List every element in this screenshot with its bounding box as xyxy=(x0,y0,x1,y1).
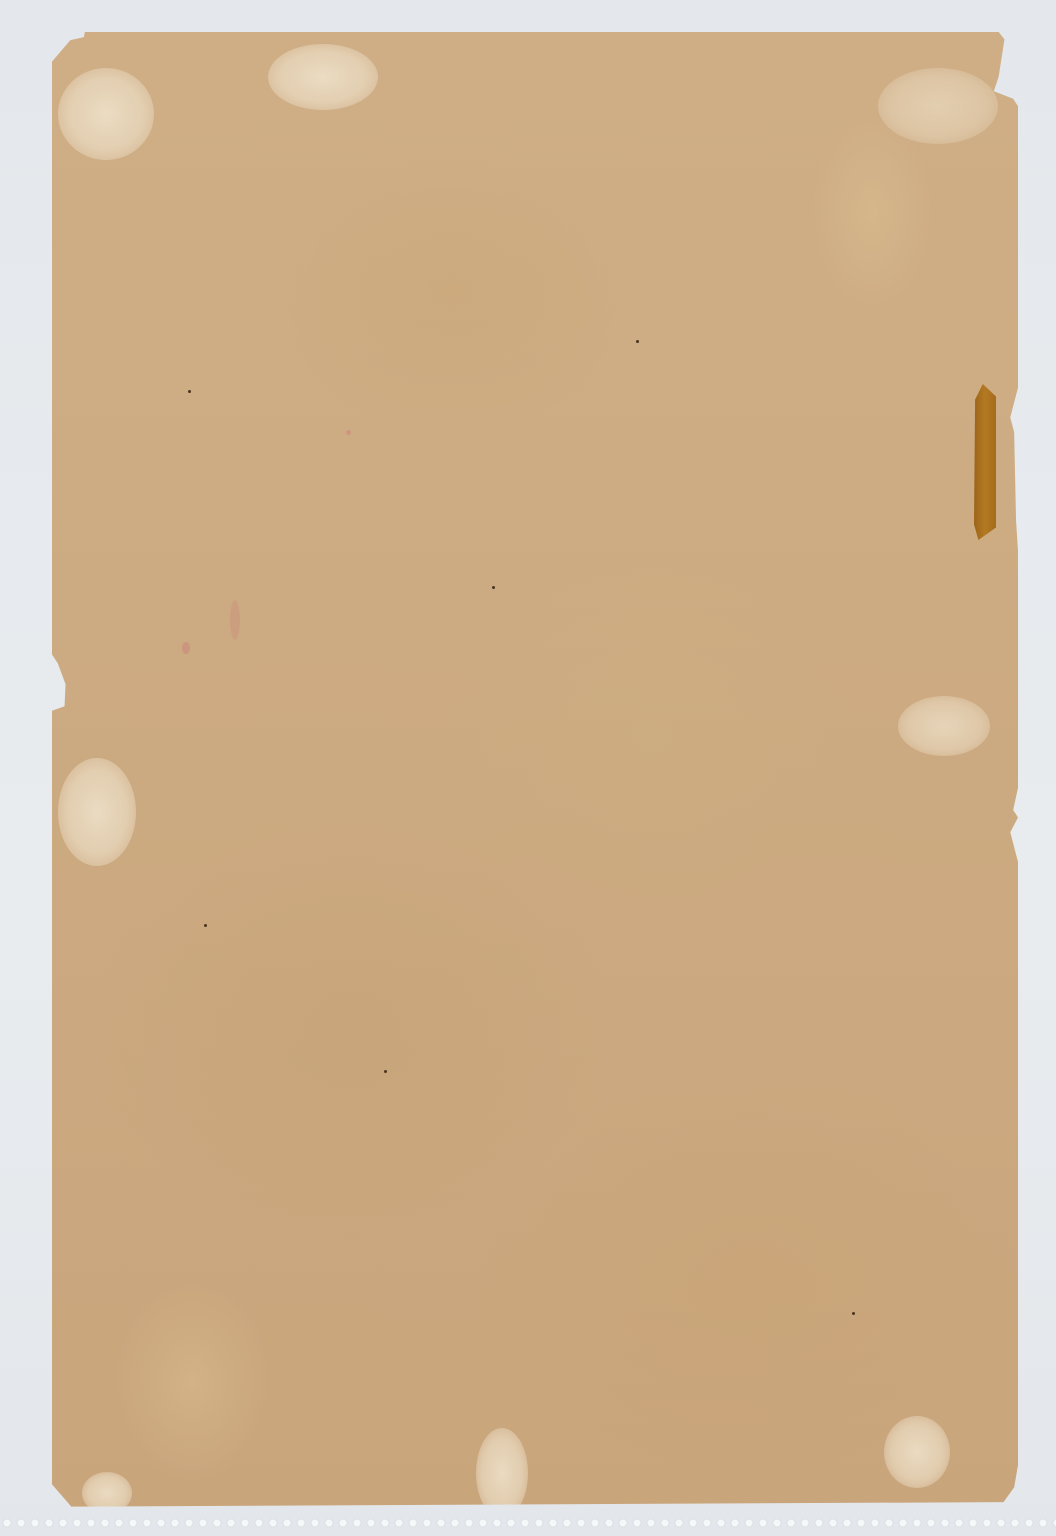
stain-left-middle xyxy=(58,758,136,866)
stain-right-middle xyxy=(898,696,990,756)
speck-4 xyxy=(384,1070,387,1073)
speck-2 xyxy=(636,340,639,343)
pink-mark-3 xyxy=(346,430,351,435)
tape-remnant xyxy=(974,384,996,540)
speck-3 xyxy=(492,586,495,589)
pink-mark-1 xyxy=(182,642,190,654)
stain-top-middle xyxy=(268,44,378,110)
paper-sheet xyxy=(52,32,1018,1514)
stain-bottom-right xyxy=(884,1416,950,1488)
sleeve-perforation-strip xyxy=(0,1516,1056,1530)
discoloration-upper-right xyxy=(812,112,932,312)
pink-mark-2 xyxy=(230,600,240,640)
speck-5 xyxy=(204,924,207,927)
speck-6 xyxy=(852,1312,855,1315)
discoloration-lower-left xyxy=(112,1282,272,1482)
speck-1 xyxy=(188,390,191,393)
stain-top-left xyxy=(58,68,154,160)
